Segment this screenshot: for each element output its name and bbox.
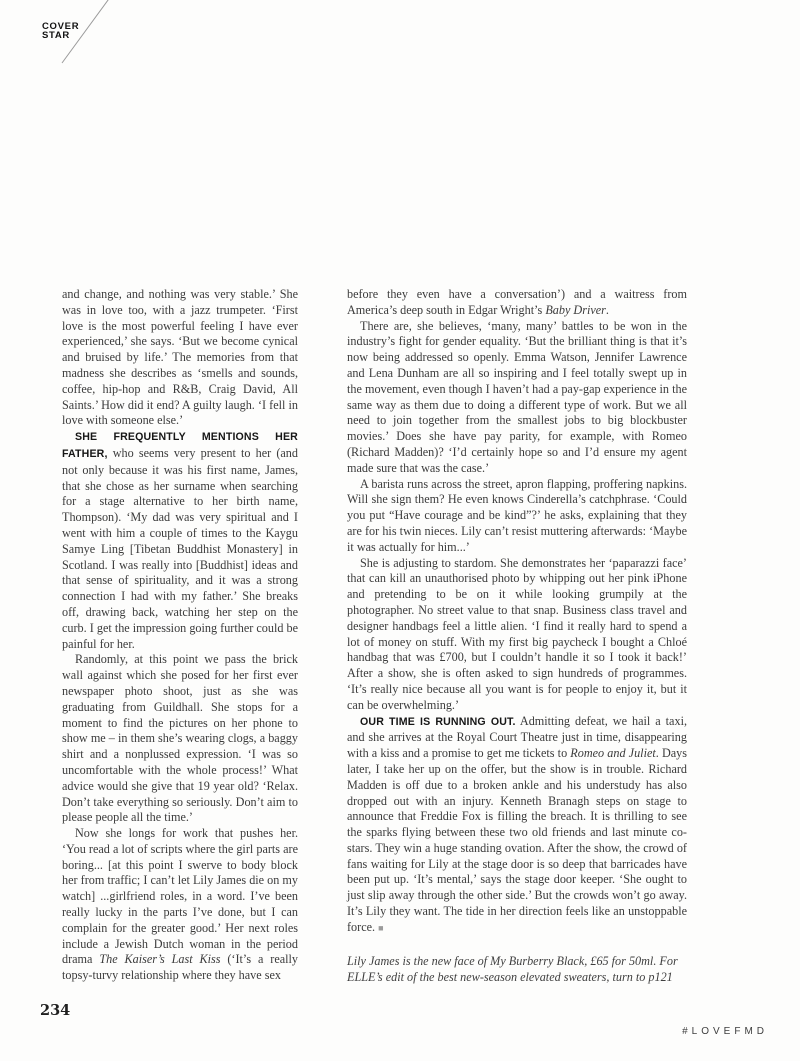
diagonal-rule (0, 0, 130, 70)
paragraph: SHE FREQUENTLY MENTIONS HER FATHER, who … (62, 429, 298, 652)
paragraph: OUR TIME IS RUNNING OUT. Admitting defea… (347, 714, 687, 937)
paragraph-text: Now she longs for work that pushes her. … (62, 826, 298, 966)
paragraph: Now she longs for work that pushes her. … (62, 826, 298, 984)
magazine-page: COVER STAR and change, and nothing was v… (0, 0, 800, 1061)
paragraph-text: There are, she believes, ‘many, many’ ba… (347, 319, 687, 475)
page-number: 234 (40, 1002, 70, 1019)
paragraph: and change, and nothing was very stable.… (62, 287, 298, 429)
paragraph-lead-in: OUR TIME IS RUNNING OUT. (360, 716, 516, 728)
paragraph: before they even have a conversation’) a… (347, 287, 687, 319)
paragraph: Randomly, at this point we pass the bric… (62, 652, 298, 826)
paragraph-text: She is adjusting to stardom. She demonst… (347, 556, 687, 712)
paragraph: She is adjusting to stardom. She demonst… (347, 556, 687, 714)
article-column-right-text: before they even have a conversation’) a… (347, 287, 687, 937)
paragraph: There are, she believes, ‘many, many’ ba… (347, 319, 687, 477)
paragraph-text: Baby Driver (545, 303, 606, 317)
paragraph-text: who seems very present to her (and not o… (62, 446, 298, 651)
watermark-lovefmd: #LOVEFMD (682, 1026, 768, 1037)
article-credit: Lily James is the new face of My Burberr… (347, 953, 687, 986)
paragraph-text: and change, and nothing was very stable.… (62, 287, 298, 427)
paragraph-text: A barista runs across the street, apron … (347, 477, 687, 554)
paragraph-text: . Days later, I take her up on the offer… (347, 746, 687, 934)
paragraph-text: Randomly, at this point we pass the bric… (62, 652, 298, 824)
end-of-article-mark: ■ (378, 923, 383, 933)
paragraph-text: before they even have a conversation’) a… (347, 287, 687, 317)
article-column-left: and change, and nothing was very stable.… (62, 287, 298, 984)
article-column-right: before they even have a conversation’) a… (347, 287, 687, 986)
paragraph: A barista runs across the street, apron … (347, 477, 687, 556)
paragraph-text: The Kaiser’s Last Kiss (99, 952, 220, 966)
paragraph-text: . (606, 303, 609, 317)
paragraph-text: Romeo and Juliet (570, 746, 655, 760)
